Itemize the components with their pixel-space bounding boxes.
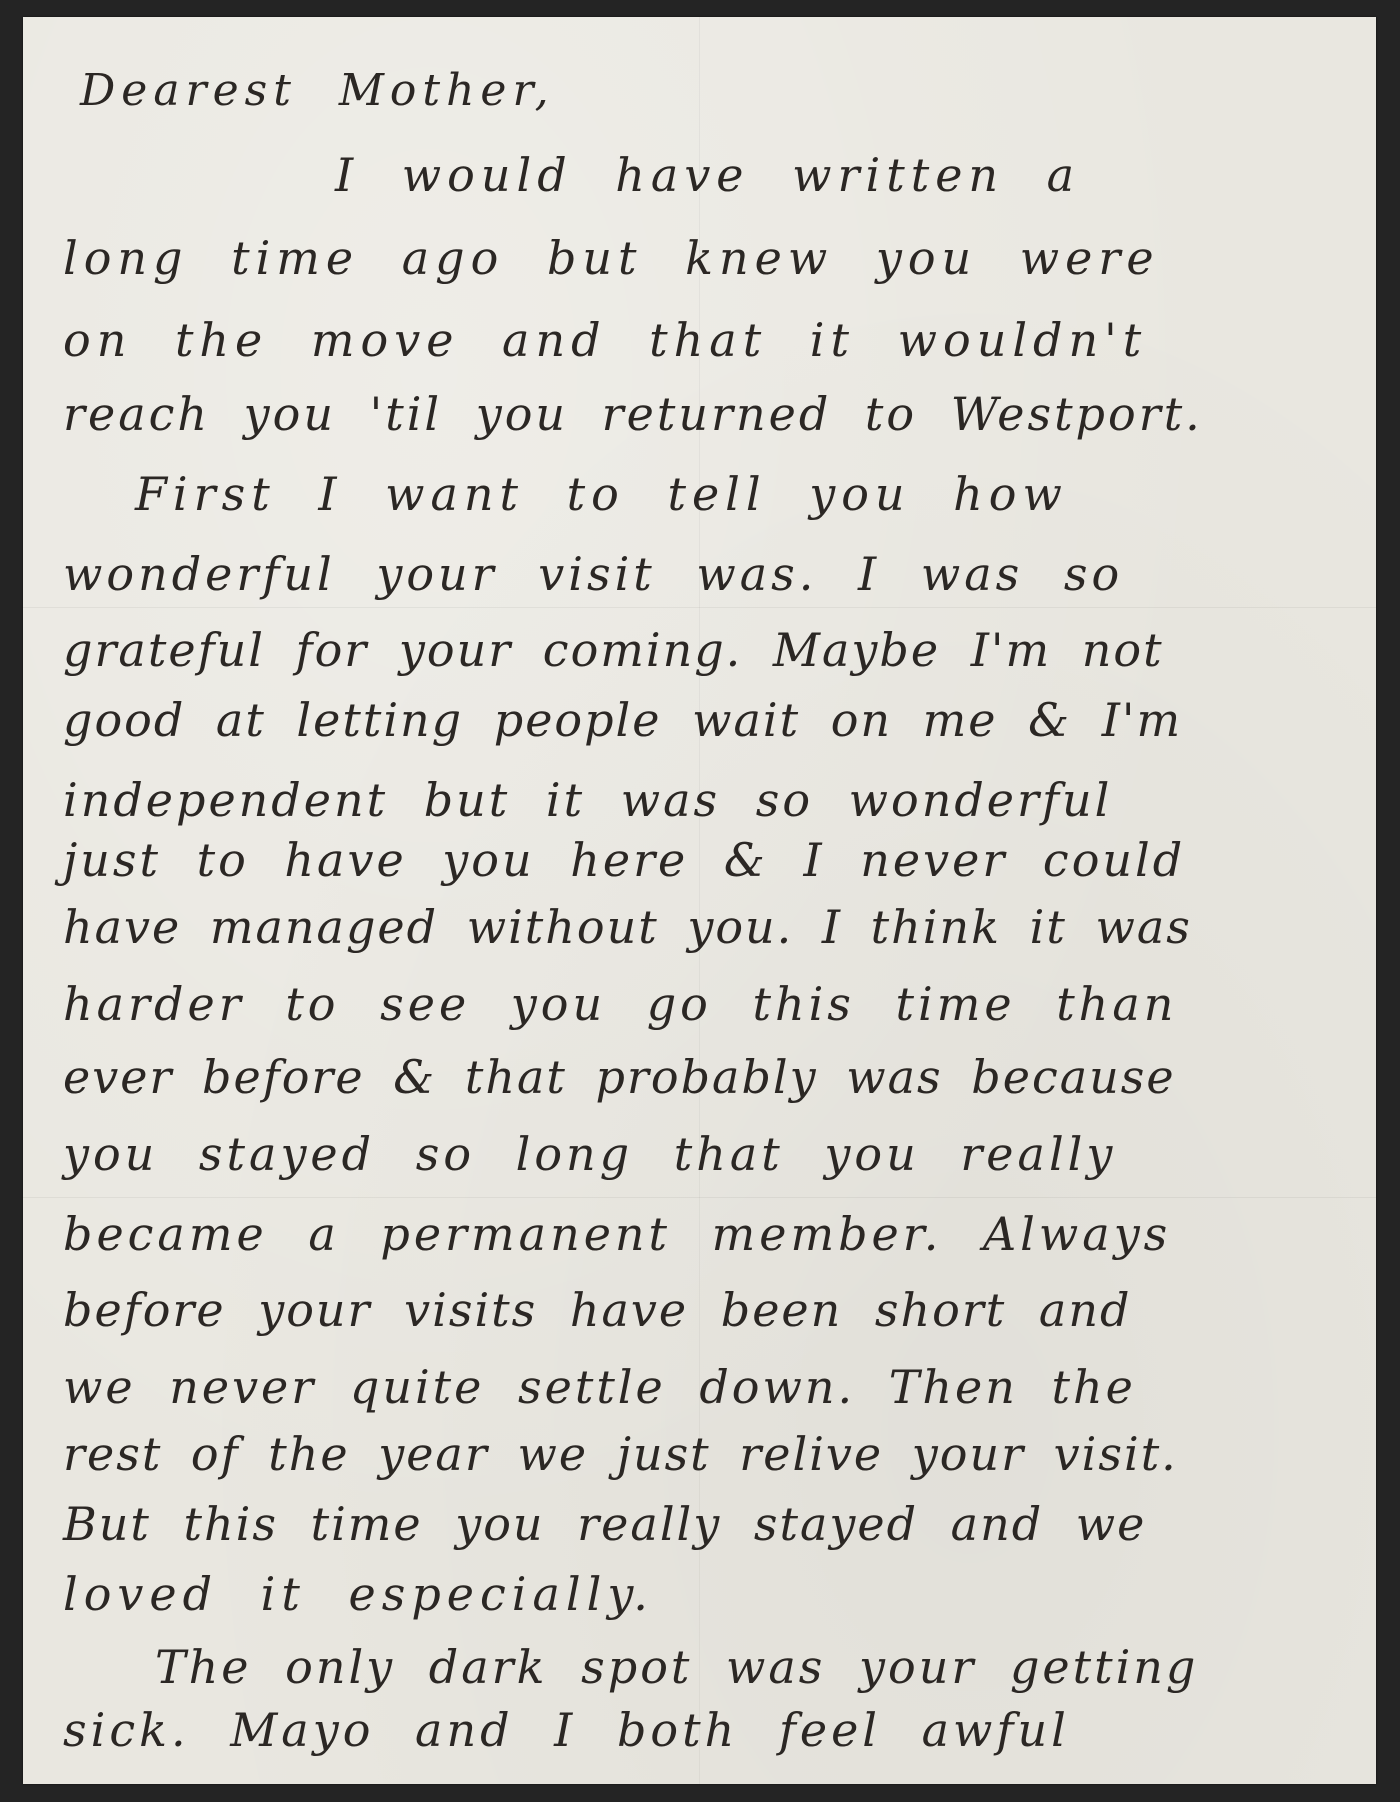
letter-line: independent but it was so wonderful: [63, 777, 1112, 823]
letter-line: sick. Mayo and I both feel awful: [63, 1707, 1070, 1753]
letter-line: long time ago but knew you were: [63, 235, 1160, 281]
letter-line: rest of the year we just relive your vis…: [63, 1431, 1178, 1477]
letter-line: have managed without you. I think it was: [63, 904, 1192, 950]
letter-line: before your visits have been short and: [63, 1287, 1131, 1333]
letter-line: reach you 'til you returned to Westport.: [63, 391, 1203, 437]
letter-line: The only dark spot was your getting: [155, 1644, 1198, 1690]
letter-line: harder to see you go this time than: [63, 981, 1177, 1027]
letter-line: grateful for your coming. Maybe I'm not: [63, 627, 1164, 673]
letter-line: loved it especially.: [63, 1571, 654, 1617]
letter-line: became a permanent member. Always: [63, 1211, 1171, 1257]
letter-line: I would have written a: [335, 152, 1080, 198]
letter-page: Dearest Mother, I would have written a l…: [23, 17, 1376, 1784]
letter-line: you stayed so long that you really: [63, 1131, 1116, 1177]
letter-line: ever before & that probably was because: [63, 1054, 1176, 1100]
letter-line: on the move and that it wouldn't: [63, 317, 1147, 363]
letter-line: First I want to tell you how: [135, 471, 1068, 517]
letter-line: good at letting people wait on me & I'm: [63, 697, 1182, 743]
salutation: Dearest Mother,: [80, 69, 555, 113]
letter-line: we never quite settle down. Then the: [63, 1364, 1136, 1410]
letter-line: But this time you really stayed and we: [63, 1501, 1146, 1547]
letter-line: just to have you here & I never could: [63, 837, 1185, 883]
letter-line: wonderful your visit was. I was so: [63, 551, 1123, 597]
